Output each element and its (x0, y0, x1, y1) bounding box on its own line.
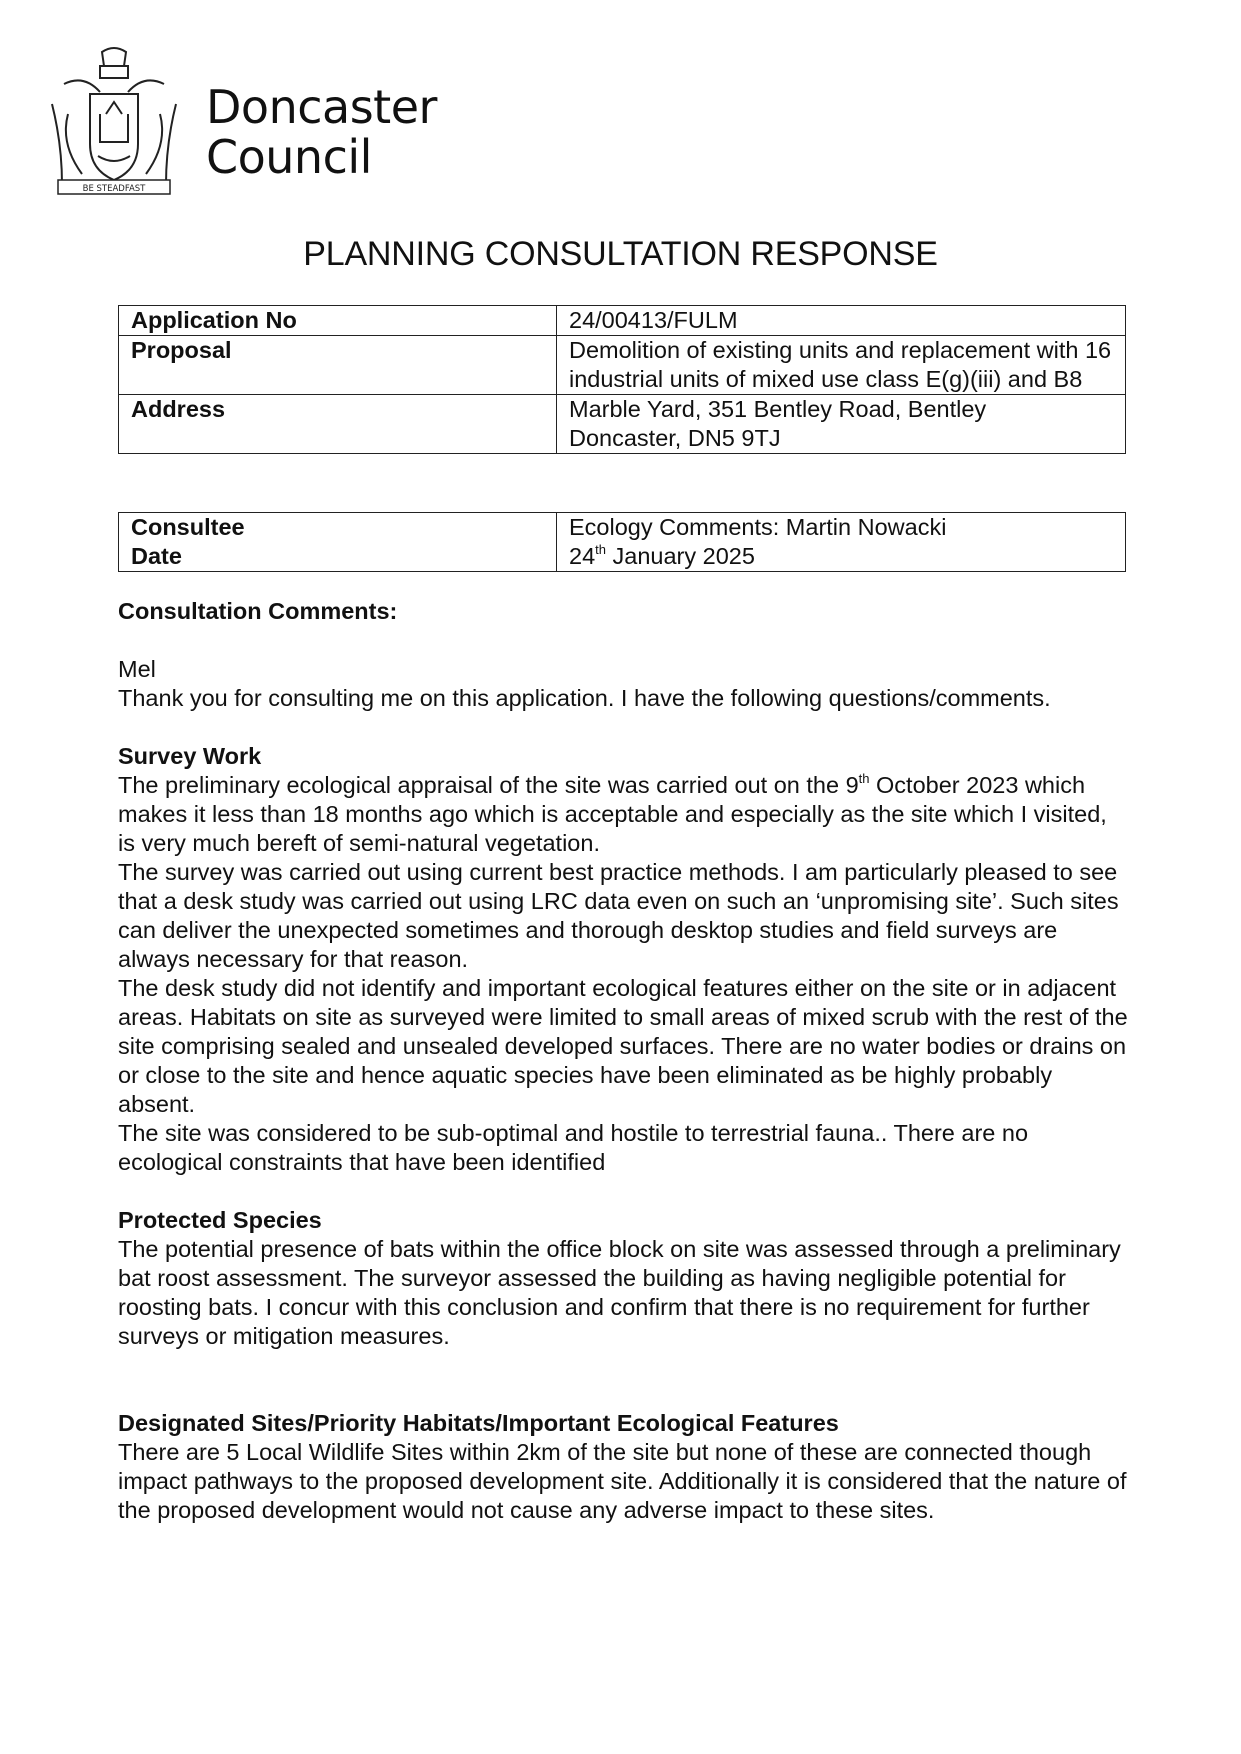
salutation: Mel (118, 655, 1128, 684)
svg-text:BE STEADFAST: BE STEADFAST (83, 184, 147, 194)
consultee-date-labels: Consultee Date (119, 513, 557, 572)
table-row: Consultee Date Ecology Comments: Martin … (119, 513, 1126, 572)
protected-species-heading: Protected Species (118, 1206, 1128, 1235)
application-no-label: Application No (119, 306, 557, 336)
comments-heading: Consultation Comments: (118, 597, 1128, 626)
survey-paragraph: The site was considered to be sub-optima… (118, 1119, 1128, 1177)
consultee-value: Ecology Comments: Martin Nowacki (569, 513, 1113, 542)
council-name: Doncaster Council (206, 82, 437, 182)
coat-of-arms-icon: BE STEADFAST (44, 44, 184, 200)
table-row: Application No 24/00413/FULM (119, 306, 1126, 336)
table-row: Proposal Demolition of existing units an… (119, 336, 1126, 395)
application-details-table: Application No 24/00413/FULM Proposal De… (118, 305, 1126, 454)
survey-work-heading: Survey Work (118, 742, 1128, 771)
application-no-value: 24/00413/FULM (557, 306, 1126, 336)
consultee-date-values: Ecology Comments: Martin Nowacki 24th Ja… (557, 513, 1126, 572)
proposal-label: Proposal (119, 336, 557, 395)
proposal-value: Demolition of existing units and replace… (557, 336, 1126, 395)
date-value: 24th January 2025 (569, 542, 1113, 571)
council-logo: BE STEADFAST Doncaster Council (44, 44, 424, 200)
designated-sites-heading: Designated Sites/Priority Habitats/Impor… (118, 1409, 1128, 1438)
designated-sites-paragraph: There are 5 Local Wildlife Sites within … (118, 1438, 1128, 1525)
protected-species-paragraph: The potential presence of bats within th… (118, 1235, 1128, 1351)
survey-paragraph: The survey was carried out using current… (118, 858, 1128, 974)
page-title: PLANNING CONSULTATION RESPONSE (0, 235, 1241, 274)
table-row: Address Marble Yard, 351 Bentley Road, B… (119, 395, 1126, 454)
consultee-table: Consultee Date Ecology Comments: Martin … (118, 512, 1126, 572)
intro-paragraph: Thank you for consulting me on this appl… (118, 684, 1128, 713)
consultation-comments: Consultation Comments: Mel Thank you for… (118, 597, 1128, 1525)
survey-paragraph: The desk study did not identify and impo… (118, 974, 1128, 1119)
survey-paragraph: The preliminary ecological appraisal of … (118, 771, 1128, 858)
address-label: Address (119, 395, 557, 454)
address-value: Marble Yard, 351 Bentley Road, Bentley D… (557, 395, 1126, 454)
